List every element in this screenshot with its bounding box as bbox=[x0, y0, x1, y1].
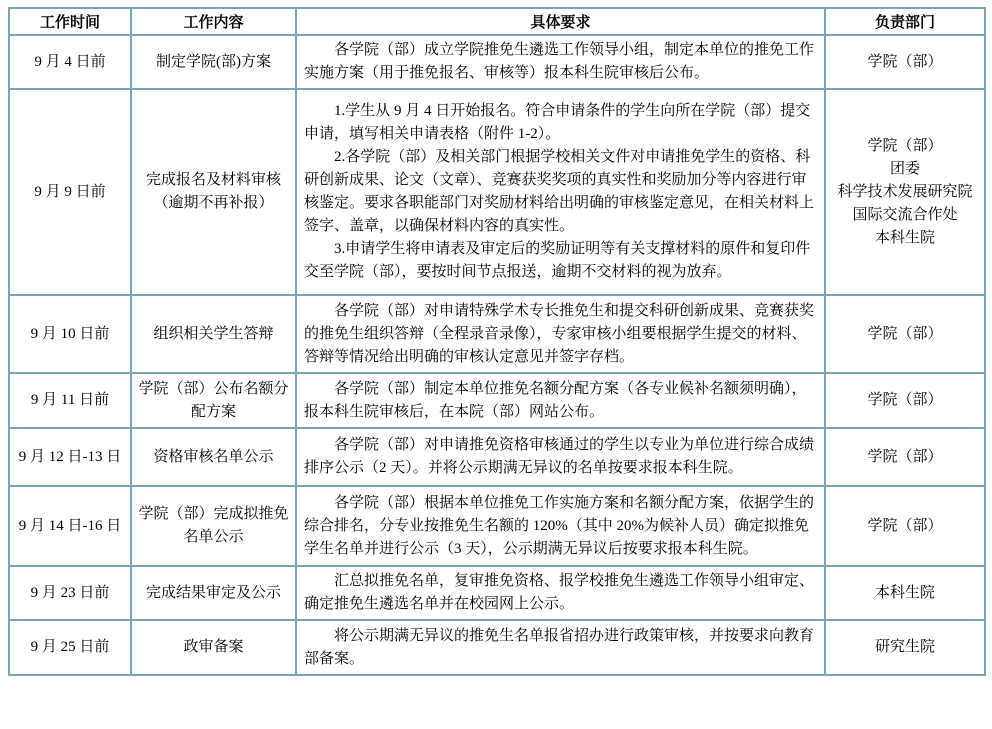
department-line: 科学技术发展研究院 bbox=[830, 181, 980, 204]
table-row: 9 月 23 日前 完成结果审定及公示 汇总拟推免名单，复审推免资格、报学校推免… bbox=[9, 566, 985, 620]
cell-requirements: 将公示期满无异议的推免生名单报省招办进行政策审核，并按要求向教育部备案。 bbox=[296, 620, 825, 675]
requirement-paragraph: 各学院（部）对申请推免资格审核通过的学生以专业为单位进行综合成绩排序公示（2 天… bbox=[304, 434, 817, 480]
cell-work-time: 9 月 23 日前 bbox=[9, 566, 131, 620]
cell-work-time: 9 月 12 日-13 日 bbox=[9, 428, 131, 486]
header-work-content: 工作内容 bbox=[131, 8, 296, 35]
requirement-paragraph: 各学院（部）制定本单位推免名额分配方案（各专业候补名额须明确），报本科生院审核后… bbox=[304, 378, 817, 424]
cell-requirements: 各学院（部）对申请推免资格审核通过的学生以专业为单位进行综合成绩排序公示（2 天… bbox=[296, 428, 825, 486]
table-header: 工作时间 工作内容 具体要求 负责部门 bbox=[9, 8, 985, 35]
department-line: 国际交流合作处 bbox=[830, 204, 980, 227]
schedule-table: 工作时间 工作内容 具体要求 负责部门 9 月 4 日前 制定学院(部)方案 各… bbox=[8, 7, 986, 676]
cell-work-content: 组织相关学生答辩 bbox=[131, 295, 296, 373]
header-work-time: 工作时间 bbox=[9, 8, 131, 35]
cell-work-time: 9 月 10 日前 bbox=[9, 295, 131, 373]
cell-work-time: 9 月 4 日前 bbox=[9, 35, 131, 89]
requirement-paragraph: 各学院（部）成立学院推免生遴选工作领导小组，制定本单位的推免工作实施方案（用于推… bbox=[304, 39, 817, 85]
department-line: 学院（部） bbox=[830, 135, 980, 158]
cell-work-content: 制定学院(部)方案 bbox=[131, 35, 296, 89]
requirement-paragraph: 汇总拟推免名单，复审推免资格、报学校推免生遴选工作领导小组审定、确定推免生遴选名… bbox=[304, 570, 817, 616]
cell-department: 学院（部） bbox=[825, 373, 985, 428]
department-line: 学院（部） bbox=[830, 323, 980, 346]
cell-work-content: 完成报名及材料审核 （逾期不再补报） bbox=[131, 89, 296, 295]
cell-work-content: 学院（部）公布名额分 配方案 bbox=[131, 373, 296, 428]
table-row: 9 月 25 日前 政审备案 将公示期满无异议的推免生名单报省招办进行政策审核，… bbox=[9, 620, 985, 675]
department-line: 学院（部） bbox=[830, 446, 980, 469]
cell-work-content: 资格审核名单公示 bbox=[131, 428, 296, 486]
requirement-paragraph: 各学院（部）根据本单位推免工作实施方案和名额分配方案，依据学生的综合排名，分专业… bbox=[304, 492, 817, 561]
cell-requirements: 各学院（部）成立学院推免生遴选工作领导小组，制定本单位的推免工作实施方案（用于推… bbox=[296, 35, 825, 89]
cell-department: 学院（部）团委科学技术发展研究院国际交流合作处本科生院 bbox=[825, 89, 985, 295]
cell-work-time: 9 月 14 日-16 日 bbox=[9, 486, 131, 566]
table-row: 9 月 9 日前 完成报名及材料审核 （逾期不再补报） 1.学生从 9 月 4 … bbox=[9, 89, 985, 295]
cell-department: 学院（部） bbox=[825, 428, 985, 486]
requirement-paragraph: 1.学生从 9 月 4 日开始报名。符合申请条件的学生向所在学院（部）提交申请，… bbox=[304, 100, 817, 146]
cell-department: 学院（部） bbox=[825, 486, 985, 566]
requirement-paragraph: 3.申请学生将申请表及审定后的奖励证明等有关支撑材料的原件和复印件交至学院（部）… bbox=[304, 238, 817, 284]
cell-work-time: 9 月 25 日前 bbox=[9, 620, 131, 675]
document-page: 工作时间 工作内容 具体要求 负责部门 9 月 4 日前 制定学院(部)方案 各… bbox=[0, 0, 992, 683]
table-row: 9 月 10 日前 组织相关学生答辩 各学院（部）对申请特殊学术专长推免生和提交… bbox=[9, 295, 985, 373]
requirement-paragraph: 将公示期满无异议的推免生名单报省招办进行政策审核，并按要求向教育部备案。 bbox=[304, 625, 817, 671]
cell-department: 学院（部） bbox=[825, 35, 985, 89]
cell-work-content: 政审备案 bbox=[131, 620, 296, 675]
table-row: 9 月 12 日-13 日 资格审核名单公示 各学院（部）对申请推免资格审核通过… bbox=[9, 428, 985, 486]
table-row: 9 月 11 日前 学院（部）公布名额分 配方案 各学院（部）制定本单位推免名额… bbox=[9, 373, 985, 428]
cell-requirements: 各学院（部）根据本单位推免工作实施方案和名额分配方案，依据学生的综合排名，分专业… bbox=[296, 486, 825, 566]
department-line: 本科生院 bbox=[830, 227, 980, 250]
table-row: 9 月 14 日-16 日 学院（部）完成拟推免 名单公示 各学院（部）根据本单… bbox=[9, 486, 985, 566]
cell-work-time: 9 月 11 日前 bbox=[9, 373, 131, 428]
header-department: 负责部门 bbox=[825, 8, 985, 35]
table-row: 9 月 4 日前 制定学院(部)方案 各学院（部）成立学院推免生遴选工作领导小组… bbox=[9, 35, 985, 89]
header-requirements: 具体要求 bbox=[296, 8, 825, 35]
cell-requirements: 各学院（部）对申请特殊学术专长推免生和提交科研创新成果、竞赛获奖的推免生组织答辩… bbox=[296, 295, 825, 373]
cell-requirements: 各学院（部）制定本单位推免名额分配方案（各专业候补名额须明确），报本科生院审核后… bbox=[296, 373, 825, 428]
department-line: 学院（部） bbox=[830, 515, 980, 538]
requirement-paragraph: 各学院（部）对申请特殊学术专长推免生和提交科研创新成果、竞赛获奖的推免生组织答辩… bbox=[304, 300, 817, 369]
header-row: 工作时间 工作内容 具体要求 负责部门 bbox=[9, 8, 985, 35]
cell-requirements: 1.学生从 9 月 4 日开始报名。符合申请条件的学生向所在学院（部）提交申请，… bbox=[296, 89, 825, 295]
cell-work-time: 9 月 9 日前 bbox=[9, 89, 131, 295]
cell-department: 研究生院 bbox=[825, 620, 985, 675]
requirement-paragraph: 2.各学院（部）及相关部门根据学校相关文件对申请推免学生的资格、科研创新成果、论… bbox=[304, 146, 817, 238]
department-line: 学院（部） bbox=[830, 51, 980, 74]
cell-requirements: 汇总拟推免名单，复审推免资格、报学校推免生遴选工作领导小组审定、确定推免生遴选名… bbox=[296, 566, 825, 620]
cell-department: 学院（部） bbox=[825, 295, 985, 373]
schedule-table-body: 9 月 4 日前 制定学院(部)方案 各学院（部）成立学院推免生遴选工作领导小组… bbox=[9, 35, 985, 675]
department-line: 团委 bbox=[830, 158, 980, 181]
department-line: 研究生院 bbox=[830, 636, 980, 659]
cell-department: 本科生院 bbox=[825, 566, 985, 620]
department-line: 本科生院 bbox=[830, 582, 980, 605]
department-line: 学院（部） bbox=[830, 389, 980, 412]
cell-work-content: 完成结果审定及公示 bbox=[131, 566, 296, 620]
cell-work-content: 学院（部）完成拟推免 名单公示 bbox=[131, 486, 296, 566]
